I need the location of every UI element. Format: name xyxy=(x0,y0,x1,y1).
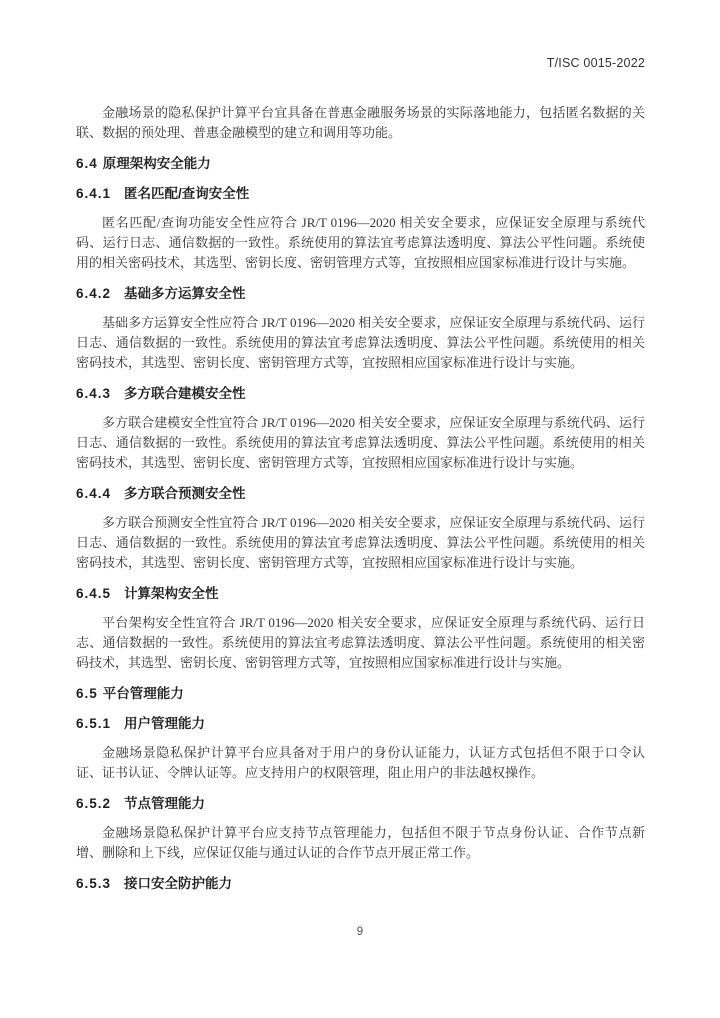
section-title: 用户管理能力 xyxy=(124,716,205,731)
section-title: 基础多方运算安全性 xyxy=(124,286,246,301)
section-body-6-4-1: 匿名匹配/查询功能安全性应符合 JR/T 0196—2020 相关安全要求，应保… xyxy=(76,213,645,273)
doc-standard-number: T/ISC 0015-2022 xyxy=(76,55,645,71)
section-heading-6-5: 6.5平台管理能力 xyxy=(76,685,645,703)
section-body-6-4-5: 平台架构安全性宜符合 JR/T 0196—2020 相关安全要求，应保证安全原理… xyxy=(76,613,645,673)
section-title: 多方联合预测安全性 xyxy=(124,486,246,501)
section-number: 6.5.2 xyxy=(76,796,111,811)
section-number: 6.5 xyxy=(76,686,98,701)
section-title: 接口安全防护能力 xyxy=(124,876,232,891)
section-heading-6-4-3: 6.4.3多方联合建模安全性 xyxy=(76,385,645,403)
section-body-6-4-4: 多方联合预测安全性宜符合 JR/T 0196—2020 相关安全要求，应保证安全… xyxy=(76,513,645,573)
section-number: 6.4 xyxy=(76,156,98,171)
page-number: 9 xyxy=(0,926,720,938)
section-title: 原理架构安全能力 xyxy=(103,156,211,171)
section-number: 6.4.5 xyxy=(76,586,111,601)
section-title: 节点管理能力 xyxy=(124,796,205,811)
section-number: 6.5.1 xyxy=(76,716,111,731)
section-heading-6-4-4: 6.4.4多方联合预测安全性 xyxy=(76,485,645,503)
section-heading-6-4-1: 6.4.1匿名匹配/查询安全性 xyxy=(76,185,645,203)
section-body-6-5-2: 金融场景隐私保护计算平台应支持节点管理能力，包括但不限于节点身份认证、合作节点新… xyxy=(76,823,645,863)
section-title: 计算架构安全性 xyxy=(124,586,219,601)
section-heading-6-4: 6.4原理架构安全能力 xyxy=(76,155,645,173)
section-number: 6.5.3 xyxy=(76,876,111,891)
intro-paragraph: 金融场景的隐私保护计算平台宜具备在普惠金融服务场景的实际落地能力，包括匿名数据的… xyxy=(76,103,645,143)
section-body-6-4-2: 基础多方运算安全性应符合 JR/T 0196—2020 相关安全要求，应保证安全… xyxy=(76,313,645,373)
section-heading-6-5-3: 6.5.3接口安全防护能力 xyxy=(76,875,645,893)
document-page: T/ISC 0015-2022 金融场景的隐私保护计算平台宜具备在普惠金融服务场… xyxy=(0,0,720,1018)
section-body-6-4-3: 多方联合建模安全性宜符合 JR/T 0196—2020 相关安全要求，应保证安全… xyxy=(76,413,645,473)
section-number: 6.4.4 xyxy=(76,486,111,501)
section-heading-6-4-5: 6.4.5计算架构安全性 xyxy=(76,585,645,603)
section-heading-6-4-2: 6.4.2基础多方运算安全性 xyxy=(76,285,645,303)
section-number: 6.4.2 xyxy=(76,286,111,301)
section-title: 匿名匹配/查询安全性 xyxy=(124,186,249,201)
section-heading-6-5-2: 6.5.2节点管理能力 xyxy=(76,795,645,813)
section-number: 6.4.1 xyxy=(76,186,111,201)
section-number: 6.4.3 xyxy=(76,386,111,401)
section-title: 多方联合建模安全性 xyxy=(124,386,246,401)
section-title: 平台管理能力 xyxy=(103,686,184,701)
section-body-6-5-1: 金融场景隐私保护计算平台应具备对于用户的身份认证能力，认证方式包括但不限于口令认… xyxy=(76,743,645,783)
section-heading-6-5-1: 6.5.1用户管理能力 xyxy=(76,715,645,733)
